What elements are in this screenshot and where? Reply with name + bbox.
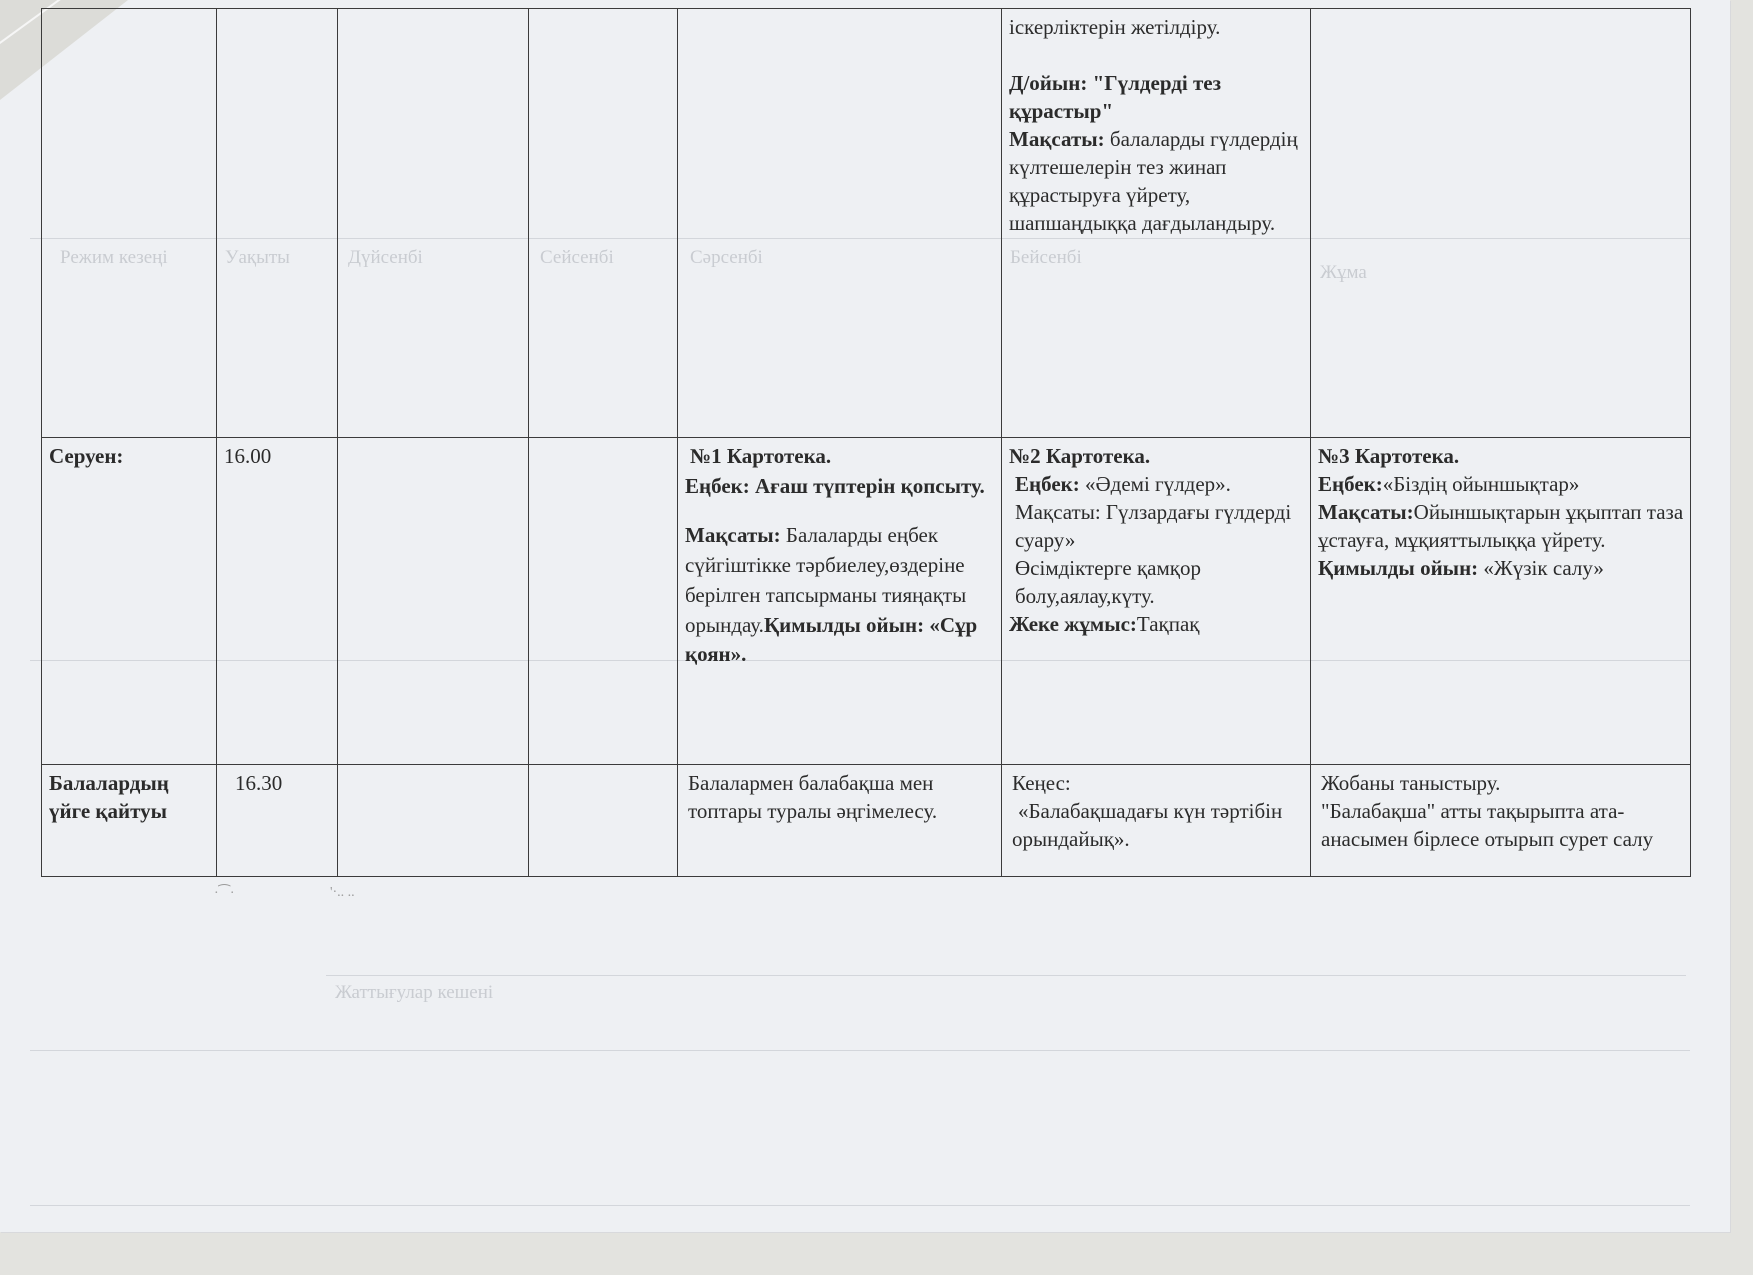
pen-smudge: ·⁀· [214,885,235,902]
daily-plan-table: іскерліктерін жетілдіру. Д/ойын: "Гүлдер… [41,8,1691,877]
table-row: Балалардың үйге қайтуы 16.30 Балалармен … [42,765,1691,877]
card-title: №2 Картотека. [1009,444,1150,468]
cell-time [217,9,338,438]
advice-text: «Балабақшадағы күн тәртібін орындайық». [1012,799,1282,851]
goal-label: Мақсаты: [685,523,781,547]
cell-thursday: №2 Картотека. Еңбек: «Әдемі гүлдер». Мақ… [1002,438,1311,765]
cell-tuesday [529,765,678,877]
goal-label: Мақсаты: [1009,127,1105,151]
individual-label: Жеке жұмыс: [1009,612,1137,636]
ghost-rule [30,1205,1690,1206]
work-label: Еңбек: [1318,472,1383,496]
table-row: Серуен: 16.00 №1 Картотека. Еңбек: Ағаш … [42,438,1691,765]
didactic-game-title: Д/ойын: "Гүлдерді тез құрастыр" [1009,71,1221,123]
cell-tuesday [529,9,678,438]
work-text: «Әдемі гүлдер». [1085,472,1231,496]
cell-friday: Жобаны таныстыру. "Балабақша" атты тақыр… [1311,765,1691,877]
cell-monday [338,765,529,877]
game-label: Қимылды ойын: [1318,556,1478,580]
pen-smudge: '·.. .. [330,885,355,901]
row-label-going-home: Балалардың үйге қайтуы [42,765,217,877]
cell-monday [338,9,529,438]
row-time-going-home: 16.30 [217,765,338,877]
goal-label: Мақсаты: [1318,500,1414,524]
cell-friday [1311,9,1691,438]
project-text: "Балабақша" атты тақырыпта ата-анасымен … [1321,799,1653,851]
table-row: іскерліктерін жетілдіру. Д/ойын: "Гүлдер… [42,9,1691,438]
advice-label: Кеңес: [1012,771,1071,795]
skills-text: іскерліктерін жетілдіру. [1009,15,1220,39]
cell-friday: №3 Картотека. Еңбек:«Біздің ойыншықтар» … [1311,438,1691,765]
row-label-walk: Серуен: [42,438,217,765]
cell-tuesday [529,438,678,765]
row-time-walk: 16.00 [217,438,338,765]
work-text: «Біздің ойыншықтар» [1383,472,1580,496]
work-task: Еңбек: Ағаш түптерін қопсыту. [685,474,985,498]
cell-thursday: Кеңес: «Балабақшадағы күн тәртібін орынд… [1002,765,1311,877]
ghost-heading: Жаттығулар кешені [335,978,493,1008]
cell-wednesday [678,9,1002,438]
project-intro: Жобаны таныстыру. [1321,771,1500,795]
ghost-rule [30,1050,1690,1051]
cell-regime [42,9,217,438]
individual-text: Тақпақ [1137,612,1200,636]
conversation-text: Балалармен балабақша мен топтары туралы … [688,771,937,823]
cell-monday [338,438,529,765]
card-title: №3 Картотека. [1318,444,1459,468]
extra-text: Өсімдіктерге қамқор болу,аялау,күту. [1009,554,1304,610]
cell-wednesday: Балалармен балабақша мен топтары туралы … [678,765,1002,877]
cell-wednesday: №1 Картотека. Еңбек: Ағаш түптерін қопсы… [678,438,1002,765]
game-text: «Жүзік салу» [1483,556,1603,580]
card-title: №1 Картотека. [685,444,831,468]
goal-text: Мақсаты: Гүлзардағы гүлдерді суару» [1009,498,1304,554]
cell-thursday: іскерліктерін жетілдіру. Д/ойын: "Гүлдер… [1002,9,1311,438]
scanned-page: Режим кезеңі Уақыты Дүйсенбі Сейсенбі Сә… [0,0,1730,1232]
work-label: Еңбек: [1015,472,1080,496]
ghost-rule [326,975,1686,976]
